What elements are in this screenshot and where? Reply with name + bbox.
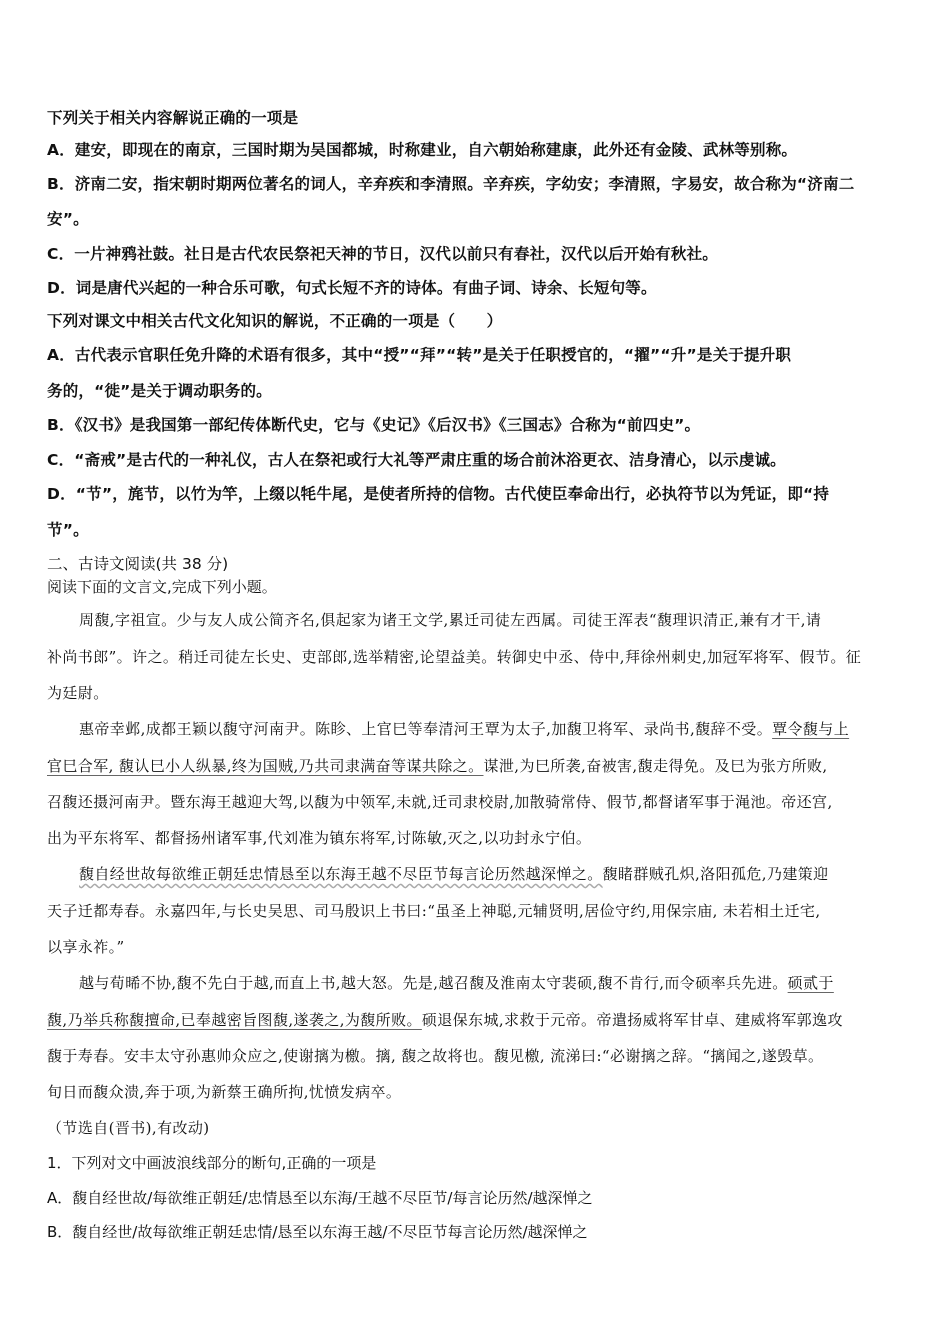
passage-text: 惠帝幸邺,成都王颖以馥守河南尹。陈眕、上官巳等奉清河王覃为太子,加馥卫将军、录尚…	[79, 720, 772, 738]
q2-stem: 下列对课文中相关古代文化知识的解说，不正确的一项是（ ）	[47, 309, 502, 331]
passage-p2-line1: 惠帝幸邺,成都王颖以馥守河南尹。陈眕、上官巳等奉清河王覃为太子,加馥卫将军、录尚…	[47, 718, 849, 739]
question1-option-a: A．馥自经世故/每欲维正朝廷/忠情恳至以东海/王越不尽臣节/每言论历然/越深惮之	[47, 1187, 593, 1208]
passage-p1-line3: 为廷尉。	[47, 682, 109, 703]
passage-source: （节选自(晋书),有改动)	[47, 1117, 210, 1138]
passage-text: 越与荀晞不协,馥不先白于越,而直上书,越大怒。先是,越召馥及淮南太守裴硕,馥不肯…	[79, 974, 788, 992]
underlined-sentence: 覃令馥与上	[772, 720, 849, 738]
q2-option-d-line2: 节”。	[47, 518, 89, 540]
q1-option-c: C．一片神鸦社鼓。社日是古代农民祭祀天神的节日，汉代以前只有春社，汉代以后开始有…	[47, 242, 718, 264]
passage-p4-line1: 越与荀晞不协,馥不先白于越,而直上书,越大怒。先是,越召馥及淮南太守裴硕,馥不肯…	[47, 972, 834, 993]
q1-option-d: D．词是唐代兴起的一种合乐可歌，句式长短不齐的诗体。有曲子词、诗余、长短句等。	[47, 276, 657, 298]
passage-p3-line1: 馥自经世故每欲维正朝廷忠情恳至以东海王越不尽臣节每言论历然越深惮之。馥睹群贼孔炽…	[47, 863, 829, 884]
passage-p3-line2: 天子迁都寿春。永嘉四年,与长史吴思、司马殷识上书曰:“虽圣上神聪,元辅贤明,居俭…	[47, 900, 821, 921]
q1-option-b-line1: B．济南二安，指宋朝时期两位著名的词人，辛弃疾和李清照。辛弃疾，字幼安；李清照，…	[47, 172, 854, 194]
passage-text: 谋泄,为巳所袭,奋被害,馥走得免。及巳为张方所败,	[483, 757, 827, 775]
passage-text: 硕退保东城,求救于元帝。帝遣扬威将军甘卓、建威将军郭逸攻	[422, 1011, 843, 1029]
passage-p3-line3: 以享永祚。”	[47, 936, 125, 957]
passage-p2-line2: 官巳合军, 馥认巳小人纵暴,终为国贼,乃共司隶满奋等谋共除之。谋泄,为巳所袭,奋…	[47, 755, 828, 776]
passage-p2-line4: 出为平东将军、都督扬州诸军事,代刘准为镇东将军,讨陈敏,灭之,以功封永宁伯。	[47, 827, 591, 848]
q1-option-a: A．建安，即现在的南京，三国时期为吴国都城，时称建业，自六朝始称建康，此外还有金…	[47, 138, 797, 160]
passage-p1-line2: 补尚书郎”。许之。稍迁司徒左长史、吏部郎,选举精密,论望益美。转御史中丞、侍中,…	[47, 646, 861, 667]
q2-option-d-line1: D．“节”，旄节，以竹为竿，上缀以牦牛尾，是使者所持的信物。古代使臣奉命出行，必…	[47, 482, 829, 504]
q1-stem: 下列关于相关内容解说正确的一项是	[47, 106, 298, 128]
q1-option-b-line2: 安”。	[47, 207, 89, 229]
reading-instruction: 阅读下面的文言文,完成下列小题。	[47, 576, 277, 597]
q2-option-c: C．“斋戒”是古代的一种礼仪，古人在祭祀或行大礼等严肃庄重的场合前沐浴更衣、洁身…	[47, 448, 786, 470]
passage-p2-line3: 召馥还摄河南尹。暨东海王越迎大驾,以馥为中领军,未就,迁司隶校尉,加散骑常侍、假…	[47, 791, 833, 812]
underlined-sentence: 官巳合军, 馥认巳小人纵暴,终为国贼,乃共司隶满奋等谋共除之。	[47, 757, 483, 775]
passage-text: 馥睹群贼孔炽,洛阳孤危,乃建策迎	[603, 865, 829, 883]
passage-p4-line4: 旬日而馥众溃,奔于项,为新蔡王确所拘,忧愤发病卒。	[47, 1081, 401, 1102]
wavy-underlined-sentence: 馥自经世故每欲维正朝廷忠情恳至以东海王越不尽臣节每言论历然越深惮之。	[79, 865, 603, 883]
passage-p4-line3: 馥于寿春。安丰太守孙惠帅众应之,使谢摛为檄。摛, 馥之故将也。馥见檄, 流涕曰:…	[47, 1045, 823, 1066]
passage-p4-line2: 馥,乃举兵称馥擅命,已奉越密旨图馥,遂袭之,为馥所败。硕退保东城,求救于元帝。帝…	[47, 1009, 843, 1030]
q2-option-a-line1: A．古代表示官职任免升降的术语有很多，其中“授”“拜”“转”是关于任职授官的，“…	[47, 343, 791, 365]
q2-option-b: B．《汉书》是我国第一部纪传体断代史，它与《史记》《后汉书》《三国志》合称为“前…	[47, 413, 700, 435]
passage-p1-line1: 周馥,字祖宣。少与友人成公简齐名,俱起家为诸王文学,累迁司徒左西属。司徒王浑表“…	[47, 609, 821, 630]
underlined-sentence: 馥,乃举兵称馥擅命,已奉越密旨图馥,遂袭之,为馥所败。	[47, 1011, 422, 1029]
question1-stem: 1．下列对文中画波浪线部分的断句,正确的一项是	[47, 1152, 376, 1173]
underlined-sentence: 硕贰于	[788, 974, 834, 992]
question1-option-b: B．馥自经世/故每欲维正朝廷忠情/恳至以东海王越/不尽臣节每言论历然/越深惮之	[47, 1221, 588, 1242]
section-heading: 二、古诗文阅读(共 38 分)	[47, 552, 228, 574]
q2-option-a-line2: 务的，“徙”是关于调动职务的。	[47, 379, 272, 401]
